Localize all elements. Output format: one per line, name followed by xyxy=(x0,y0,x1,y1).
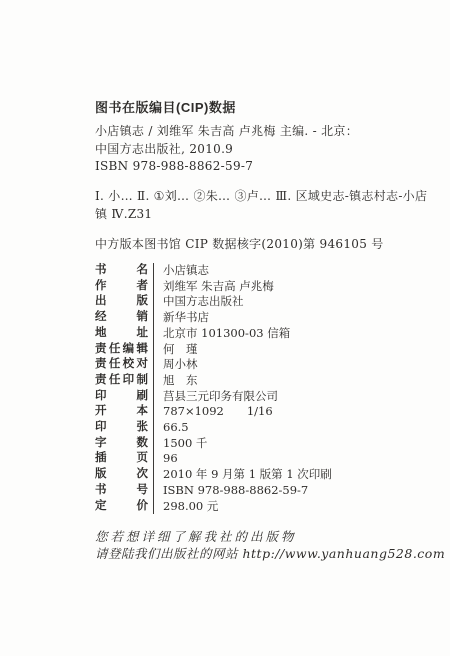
field-value: 刘维军 朱吉高 卢兆梅 xyxy=(153,279,274,295)
field-label: 定价 xyxy=(95,499,148,515)
table-row-distributor: 经销 新华书店 xyxy=(95,310,373,326)
cip-record-block: 中方版本图书馆 CIP 数据核字(2010)第 946105 号 xyxy=(95,236,373,254)
table-row-edition: 版次 2010 年 9 月第 1 版第 1 次印刷 xyxy=(95,467,373,483)
table-row-editor: 责任编辑 何 瑾 xyxy=(95,342,373,358)
colophon-table: 书名 小店镇志 作者 刘维军 朱吉高 卢兆梅 出版 中国方志出版社 经销 新华书… xyxy=(95,263,373,514)
field-value: ISBN 978-988-8862-59-7 xyxy=(153,483,308,499)
field-label: 经销 xyxy=(95,310,148,326)
table-row-printer: 印刷 莒县三元印务有限公司 xyxy=(95,389,373,405)
field-value: 旭 东 xyxy=(153,373,198,389)
table-row-publisher: 出版 中国方志出版社 xyxy=(95,294,373,310)
field-label: 开本 xyxy=(95,404,148,420)
field-label: 责任校对 xyxy=(95,357,148,373)
field-label: 出版 xyxy=(95,294,148,310)
publisher-note-line1: 您若想详细了解我社的出版物 xyxy=(95,529,373,546)
cip-isbn-line: ISBN 978-988-8862-59-7 xyxy=(95,158,373,176)
cip-title-line: 小店镇志 / 刘维军 朱吉高 卢兆梅 主编. - 北京： xyxy=(95,123,373,141)
cip-copyright-page: 图书在版编目(CIP)数据 小店镇志 / 刘维军 朱吉高 卢兆梅 主编. - 北… xyxy=(0,0,450,656)
table-row-proofreader: 责任校对 周小林 xyxy=(95,357,373,373)
field-label: 版次 xyxy=(95,467,148,483)
table-row-inserts: 插页 96 xyxy=(95,451,373,467)
field-label: 书名 xyxy=(95,263,148,279)
cip-publisher-line: 中国方志出版社, 2010.9 xyxy=(95,141,373,159)
cip-classification-block: Ⅰ. 小… Ⅱ. ①刘… ②朱… ③卢… Ⅲ. 区域史志-镇志村志-小店 镇 Ⅳ… xyxy=(95,187,373,223)
field-value: 96 xyxy=(153,451,178,467)
field-value: 2010 年 9 月第 1 版第 1 次印刷 xyxy=(153,467,332,483)
field-value: 周小林 xyxy=(153,357,198,373)
cip-class-line1: Ⅰ. 小… Ⅱ. ①刘… ②朱… ③卢… Ⅲ. 区域史志-镇志村志-小店 xyxy=(95,187,373,205)
table-row-price: 定价 298.00 元 xyxy=(95,499,373,515)
field-label: 字数 xyxy=(95,436,148,452)
cip-class-line2: 镇 Ⅳ.Z31 xyxy=(95,205,373,223)
table-row-isbn: 书号 ISBN 978-988-8862-59-7 xyxy=(95,483,373,499)
table-row-sheets: 印张 66.5 xyxy=(95,420,373,436)
cip-heading: 图书在版编目(CIP)数据 xyxy=(95,97,373,116)
table-row-authors: 作者 刘维军 朱吉高 卢兆梅 xyxy=(95,279,373,295)
field-value: 1500 千 xyxy=(153,436,207,452)
page-content: 图书在版编目(CIP)数据 小店镇志 / 刘维军 朱吉高 卢兆梅 主编. - 北… xyxy=(95,97,373,562)
field-label: 印刷 xyxy=(95,389,148,405)
field-value: 新华书店 xyxy=(153,310,209,326)
field-label: 印张 xyxy=(95,420,148,436)
field-value: 小店镇志 xyxy=(153,263,209,279)
field-value: 787×1092 1/16 xyxy=(153,404,273,420)
publisher-note: 您若想详细了解我社的出版物 请登陆我们出版社的网站 http://www.yan… xyxy=(95,529,373,562)
cip-citation-block: 小店镇志 / 刘维军 朱吉高 卢兆梅 主编. - 北京： 中国方志出版社, 20… xyxy=(95,123,373,176)
field-value: 何 瑾 xyxy=(153,342,198,358)
publisher-note-line2: 请登陆我们出版社的网站 http://www.yanhuang528.com xyxy=(95,546,373,563)
field-label: 责任印制 xyxy=(95,373,148,389)
table-row-print-supervisor: 责任印制 旭 东 xyxy=(95,373,373,389)
field-value: 66.5 xyxy=(153,420,189,436)
field-label: 责任编辑 xyxy=(95,342,148,358)
field-label: 插页 xyxy=(95,451,148,467)
field-value: 中国方志出版社 xyxy=(153,294,244,310)
table-row-book-title: 书名 小店镇志 xyxy=(95,263,373,279)
cip-record-line: 中方版本图书馆 CIP 数据核字(2010)第 946105 号 xyxy=(95,236,373,254)
table-row-format: 开本 787×1092 1/16 xyxy=(95,404,373,420)
field-label: 作者 xyxy=(95,279,148,295)
field-label: 地址 xyxy=(95,326,148,342)
field-value: 298.00 元 xyxy=(153,499,218,515)
table-row-word-count: 字数 1500 千 xyxy=(95,436,373,452)
field-value: 北京市 101300-03 信箱 xyxy=(153,326,290,342)
table-row-address: 地址 北京市 101300-03 信箱 xyxy=(95,326,373,342)
field-value: 莒县三元印务有限公司 xyxy=(153,389,278,405)
field-label: 书号 xyxy=(95,483,148,499)
